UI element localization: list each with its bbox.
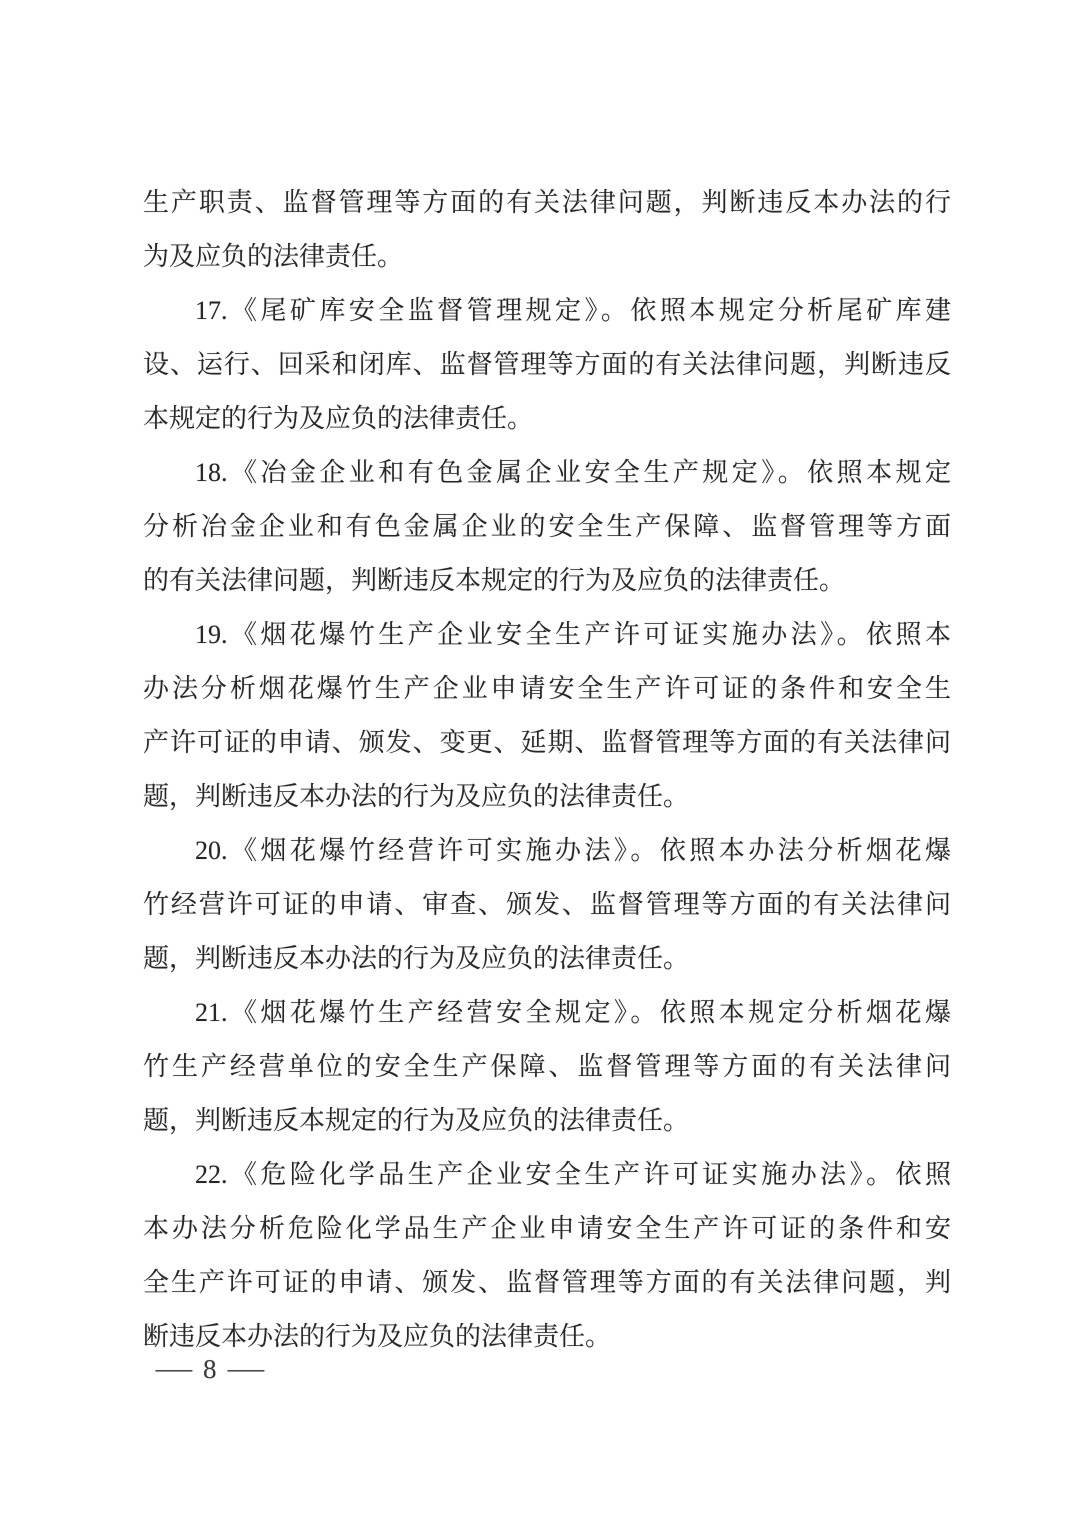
text-line: 竹经营许可证的申请、审查、颁发、监督管理等方面的有关法律问	[143, 878, 951, 932]
footer-dash-left: —	[156, 1354, 192, 1384]
text-line: 19.《烟花爆竹生产企业安全生产许可证实施办法》。依照本	[143, 608, 951, 662]
page-footer: — 8 —	[161, 1349, 259, 1389]
text-line: 本办法分析危险化学品生产企业申请安全生产许可证的条件和安	[143, 1202, 951, 1256]
text-line: 产许可证的申请、颁发、变更、延期、监督管理等方面的有关法律问	[143, 716, 951, 770]
text-line: 本规定的行为及应负的法律责任。	[143, 392, 951, 446]
text-line: 题，判断违反本办法的行为及应负的法律责任。	[143, 770, 951, 824]
text-line: 21.《烟花爆竹生产经营安全规定》。依照本规定分析烟花爆	[143, 986, 951, 1040]
text-line: 竹生产经营单位的安全生产保障、监督管理等方面的有关法律问	[143, 1040, 951, 1094]
text-line: 设、运行、回采和闭库、监督管理等方面的有关法律问题，判断违反	[143, 338, 951, 392]
text-line: 的有关法律问题，判断违反本规定的行为及应负的法律责任。	[143, 554, 951, 608]
text-line: 18.《冶金企业和有色金属企业安全生产规定》。依照本规定	[143, 446, 951, 500]
text-line: 题，判断违反本办法的行为及应负的法律责任。	[143, 932, 951, 986]
text-line: 为及应负的法律责任。	[143, 230, 951, 284]
text-line: 题，判断违反本规定的行为及应负的法律责任。	[143, 1094, 951, 1148]
text-line: 分析冶金企业和有色金属企业的安全生产保障、监督管理等方面	[143, 500, 951, 554]
footer-dash-right: —	[227, 1354, 263, 1384]
text-line: 17.《尾矿库安全监督管理规定》。依照本规定分析尾矿库建	[143, 284, 951, 338]
footer-page-number: 8	[203, 1354, 217, 1385]
text-line: 生产职责、监督管理等方面的有关法律问题，判断违反本办法的行	[143, 176, 951, 230]
text-line: 全生产许可证的申请、颁发、监督管理等方面的有关法律问题，判	[143, 1256, 951, 1310]
page-body: 生产职责、监督管理等方面的有关法律问题，判断违反本办法的行为及应负的法律责任。1…	[143, 176, 951, 1364]
text-line: 办法分析烟花爆竹生产企业申请安全生产许可证的条件和安全生	[143, 662, 951, 716]
document-page: 生产职责、监督管理等方面的有关法律问题，判断违反本办法的行为及应负的法律责任。1…	[0, 0, 1080, 1527]
text-line: 20.《烟花爆竹经营许可实施办法》。依照本办法分析烟花爆	[143, 824, 951, 878]
text-line: 22.《危险化学品生产企业安全生产许可证实施办法》。依照	[143, 1148, 951, 1202]
